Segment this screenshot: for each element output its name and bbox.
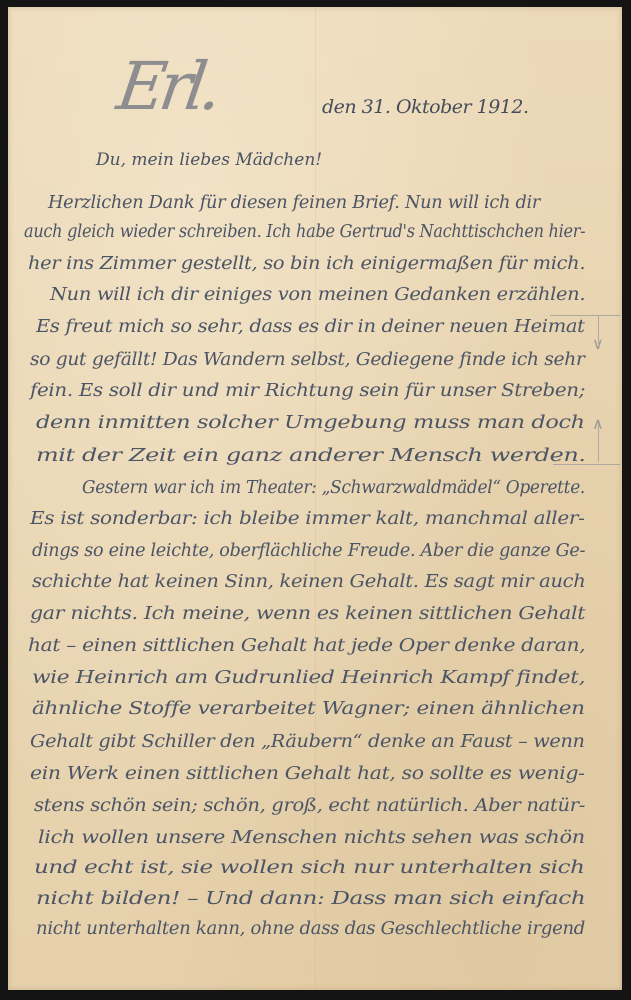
letter-line: mit der Zeit ein ganz anderer Mensch wer…: [36, 446, 586, 466]
letter-line: Gestern war ich im Theater: „Schwarzwald…: [82, 478, 585, 498]
letter-line: hat – einen sittlichen Gehalt hat jede O…: [28, 636, 585, 656]
letter-line: so gut gefällt! Das Wandern selbst, Gedi…: [30, 350, 585, 370]
letter-line: auch gleich wieder schreiben. Ich habe G…: [24, 222, 585, 242]
letter-line: dings so eine leichte, oberflächliche Fr…: [32, 541, 585, 561]
letter-line: Es ist sonderbar: ich bleibe immer kalt,…: [30, 509, 585, 529]
letter-line: schichte hat keinen Sinn, keinen Gehalt.…: [32, 572, 585, 592]
letter-line: und echt ist, sie wollen sich nur unterh…: [34, 858, 585, 878]
letter-line: gar nichts. Ich meine, wenn es keinen si…: [30, 604, 585, 624]
letter-line: Es freut mich so sehr, dass es dir in de…: [36, 317, 585, 337]
scanned-letter: Erl. den 31. Oktober 1912. Du, mein lieb…: [0, 0, 631, 1000]
letter-line: nicht unterhalten kann, ohne dass das Ge…: [36, 919, 585, 939]
letter-line: nicht bilden! – Und dann: Dass man sich …: [36, 889, 585, 909]
down-arrow-icon: ∨: [592, 336, 604, 352]
letter-line: lich wollen unsere Menschen nichts sehen…: [38, 828, 585, 848]
letter-line: ähnliche Stoffe verarbeitet Wagner; eine…: [32, 699, 585, 719]
letter-line: wie Heinrich am Gudrunlied Heinrich Kamp…: [32, 668, 585, 688]
letter-line: Nun will ich dir einiges von meinen Geda…: [50, 285, 585, 305]
letter-line: stens schön sein; schön, groß, echt natü…: [34, 796, 585, 816]
letter-line: ein Werk einen sittlichen Gehalt hat, so…: [30, 764, 585, 784]
margin-bracket-top-line: [550, 315, 620, 316]
letter-line: fein. Es soll dir und mir Richtung sein …: [30, 381, 585, 401]
margin-bracket-bottom-stem: [598, 422, 599, 462]
margin-bracket-bottom-line: [553, 464, 620, 465]
letter-body: Herzlichen Dank für diesen feinen Brief.…: [0, 0, 631, 1000]
letter-line: her ins Zimmer gestellt, so bin ich eini…: [28, 254, 585, 274]
letter-line: Herzlichen Dank für diesen feinen Brief.…: [48, 193, 585, 213]
letter-line: denn inmitten solcher Umgebung muss man …: [36, 413, 585, 433]
letter-line: Gehalt gibt Schiller den „Räubern“ denke…: [30, 732, 585, 752]
